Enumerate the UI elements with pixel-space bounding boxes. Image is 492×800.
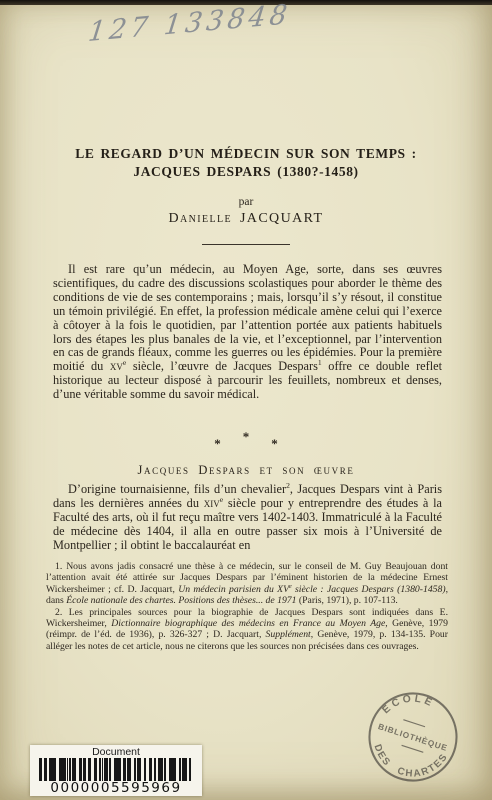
asterisk-right: * — [271, 436, 278, 452]
stamp-text-ecole: ECOLE — [379, 690, 437, 717]
scanned-page: 127 133848 LE REGARD D’UN MÉDECIN SUR SO… — [0, 0, 492, 800]
barcode-number: 0000005595969 — [30, 781, 202, 796]
author-divider-rule — [202, 244, 290, 245]
asterisk-left: * — [214, 436, 221, 452]
stamp-dash-bottom — [402, 745, 424, 752]
library-stamp: ECOLE DES CHARTES BIBLIOTHÈQUE — [349, 673, 478, 800]
asterisk-middle: * — [243, 429, 250, 445]
barcode-title: Document — [30, 746, 202, 758]
stamp-text-bibliotheque: BIBLIOTHÈQUE — [377, 721, 449, 753]
library-stamp-graphic: ECOLE DES CHARTES BIBLIOTHÈQUE — [349, 673, 478, 800]
paragraph-introduction: Il est rare qu’un médecin, au Moyen Age,… — [53, 263, 442, 402]
stamp-dash-top — [403, 720, 425, 727]
article-title: LE REGARD D’UN MÉDECIN SUR SON TEMPS : J… — [0, 145, 492, 180]
footnotes-block: 1. Nous avons jadis consacré une thèse à… — [46, 561, 448, 652]
author-name: Danielle JACQUART — [0, 211, 492, 227]
article-title-line1: LE REGARD D’UN MÉDECIN SUR SON TEMPS : — [0, 145, 492, 163]
article-title-line2: JACQUES DESPARS (1380?-1458) — [0, 163, 492, 181]
footnote-2: 2. Les principales sources pour la biogr… — [46, 607, 448, 653]
asterism-separator: *** — [0, 436, 492, 452]
section-heading: Jacques Despars et son œuvre — [0, 463, 492, 478]
footnote-1: 1. Nous avons jadis consacré une thèse à… — [46, 561, 448, 607]
paragraph-biography: D’origine tournaisienne, fils d’un cheva… — [53, 483, 442, 553]
barcode-label: Document 0000005595969 — [30, 745, 202, 796]
stamp-text-chartes: CHARTES — [393, 750, 453, 782]
barcode-bars — [39, 758, 193, 781]
byline-par: par — [0, 196, 492, 208]
handwritten-accession-number: 127 133848 — [86, 0, 292, 48]
